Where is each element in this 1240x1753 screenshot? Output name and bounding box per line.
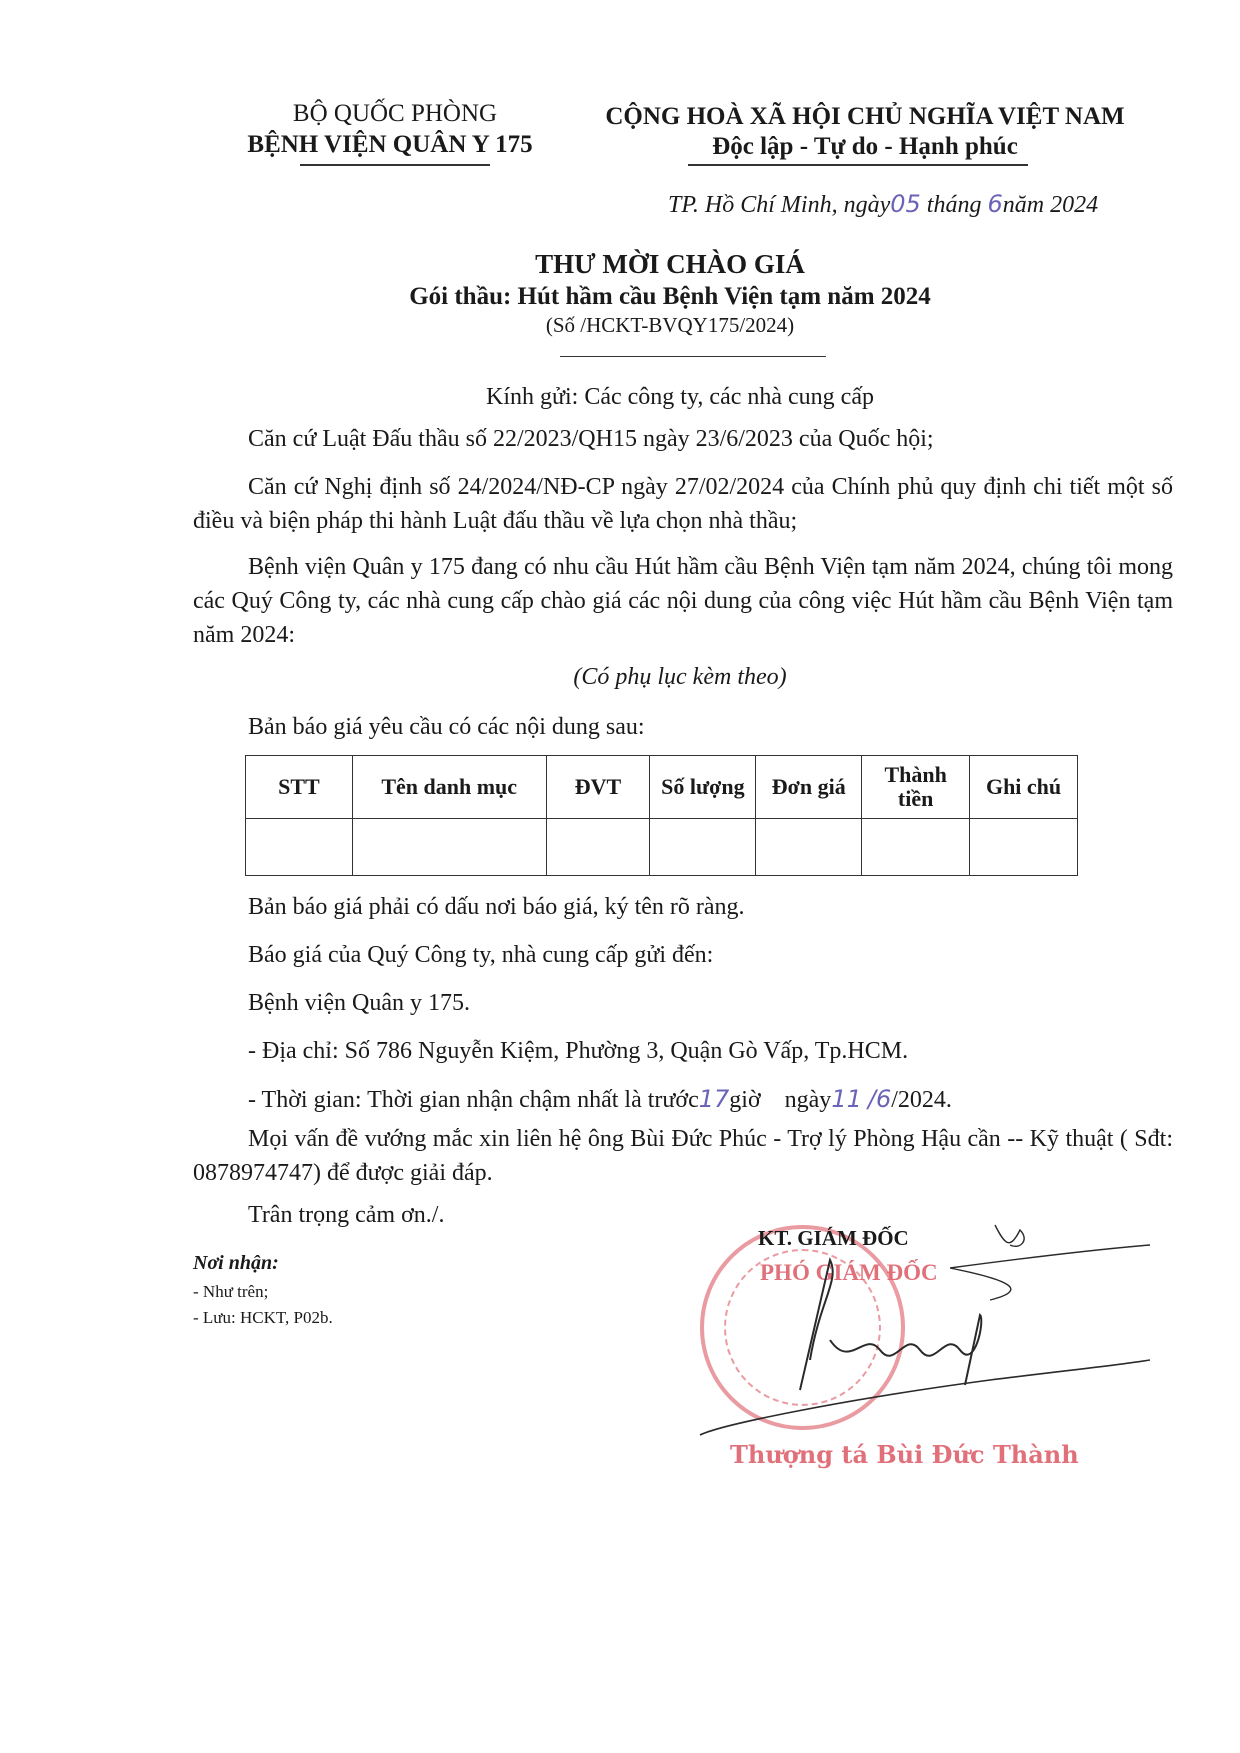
- cell-note: [970, 819, 1078, 876]
- date-month-label: tháng: [927, 192, 982, 218]
- cell-quantity: [650, 819, 756, 876]
- legal-basis-1: Căn cứ Luật Đấu thầu số 22/2023/QH15 ngà…: [193, 422, 1173, 456]
- deadline-hour-handwritten: 17: [699, 1085, 730, 1113]
- address-line: - Địa chỉ: Số 786 Nguyễn Kiệm, Phường 3,…: [248, 1034, 908, 1068]
- deadline-prefix: - Thời gian: Thời gian nhận chậm nhất là…: [248, 1087, 699, 1113]
- recipient-line: Kính gửi: Các công ty, các nhà cung cấp: [190, 380, 1170, 414]
- request-paragraph: Bệnh viện Quân y 175 đang có nhu cầu Hút…: [193, 550, 1173, 652]
- legal-basis-2: Căn cứ Nghị định số 24/2024/NĐ-CP ngày 2…: [193, 470, 1173, 538]
- cell-stt: [246, 819, 353, 876]
- table-header-row: STT Tên danh mục ĐVT Số lượng Đơn giá Th…: [246, 756, 1078, 819]
- cell-item-name: [352, 819, 546, 876]
- handwritten-signature: [690, 1220, 1150, 1460]
- deadline-hour-label: giờ: [729, 1087, 760, 1113]
- cell-total: [862, 819, 970, 876]
- stamp-requirement: Bản báo giá phải có dấu nơi báo giá, ký …: [248, 890, 745, 924]
- national-motto: Độc lập - Tự do - Hạnh phúc: [585, 132, 1145, 162]
- table-intro: Bản báo giá yêu cầu có các nội dung sau:: [248, 710, 645, 744]
- recipient-item: - Như trên;: [193, 1282, 268, 1302]
- signer-name: Thượng tá Bùi Đức Thành: [730, 1440, 1079, 1469]
- col-header-unit-price: Đơn giá: [756, 756, 862, 819]
- hospital-underline: [300, 164, 490, 166]
- cell-unit: [546, 819, 650, 876]
- recipients-title: Nơi nhận:: [193, 1252, 279, 1275]
- col-header-note: Ghi chú: [970, 756, 1078, 819]
- contact-paragraph: Mọi vấn đề vướng mắc xin liên hệ ông Bùi…: [193, 1122, 1173, 1190]
- deadline-line: - Thời gian: Thời gian nhận chậm nhất là…: [248, 1082, 952, 1117]
- table-row: [246, 819, 1078, 876]
- send-to-name: Bệnh viện Quân y 175.: [248, 986, 470, 1020]
- send-to-line: Báo giá của Quý Công ty, nhà cung cấp gử…: [248, 938, 713, 972]
- motto-underline: [688, 164, 1028, 166]
- cell-unit-price: [756, 819, 862, 876]
- deadline-day-label: ngày: [785, 1087, 832, 1113]
- title-divider: [560, 356, 826, 357]
- deadline-day-handwritten: 11: [831, 1085, 862, 1113]
- nation-name: CỘNG HOÀ XÃ HỘI CHỦ NGHĨA VIỆT NAM: [585, 102, 1145, 132]
- date-prefix: TP. Hồ Chí Minh, ngày: [668, 192, 890, 218]
- col-header-quantity: Số lượng: [650, 756, 756, 819]
- hospital-name: BỆNH VIỆN QUÂN Y 175: [220, 130, 560, 160]
- appendix-note: (Có phụ lục kèm theo): [300, 664, 1060, 691]
- col-header-stt: STT: [246, 756, 353, 819]
- closing-line: Trân trọng cảm ơn./.: [248, 1198, 444, 1232]
- document-number: (Số /HCKT-BVQY175/2024): [300, 313, 1040, 338]
- date-line: TP. Hồ Chí Minh, ngày05 tháng 6năm 2024: [668, 190, 1098, 219]
- col-header-total: Thành tiền: [862, 756, 970, 819]
- deadline-separator: /: [868, 1085, 876, 1113]
- package-title: Gói thầu: Hút hầm cầu Bệnh Viện tạm năm …: [300, 283, 1040, 311]
- date-year: năm 2024: [1003, 192, 1098, 218]
- col-header-item-name: Tên danh mục: [352, 756, 546, 819]
- col-header-unit: ĐVT: [546, 756, 650, 819]
- date-month-handwritten: 6: [987, 190, 1002, 218]
- deadline-month-handwritten: 6: [876, 1085, 891, 1113]
- quotation-table: STT Tên danh mục ĐVT Số lượng Đơn giá Th…: [245, 755, 1078, 876]
- recipient-item: - Lưu: HCKT, P02b.: [193, 1308, 333, 1328]
- date-day-handwritten: 05: [890, 190, 921, 218]
- document-title: THƯ MỜI CHÀO GIÁ: [300, 248, 1040, 280]
- ministry-name: BỘ QUỐC PHÒNG: [230, 100, 560, 128]
- deadline-year: /2024.: [891, 1087, 952, 1113]
